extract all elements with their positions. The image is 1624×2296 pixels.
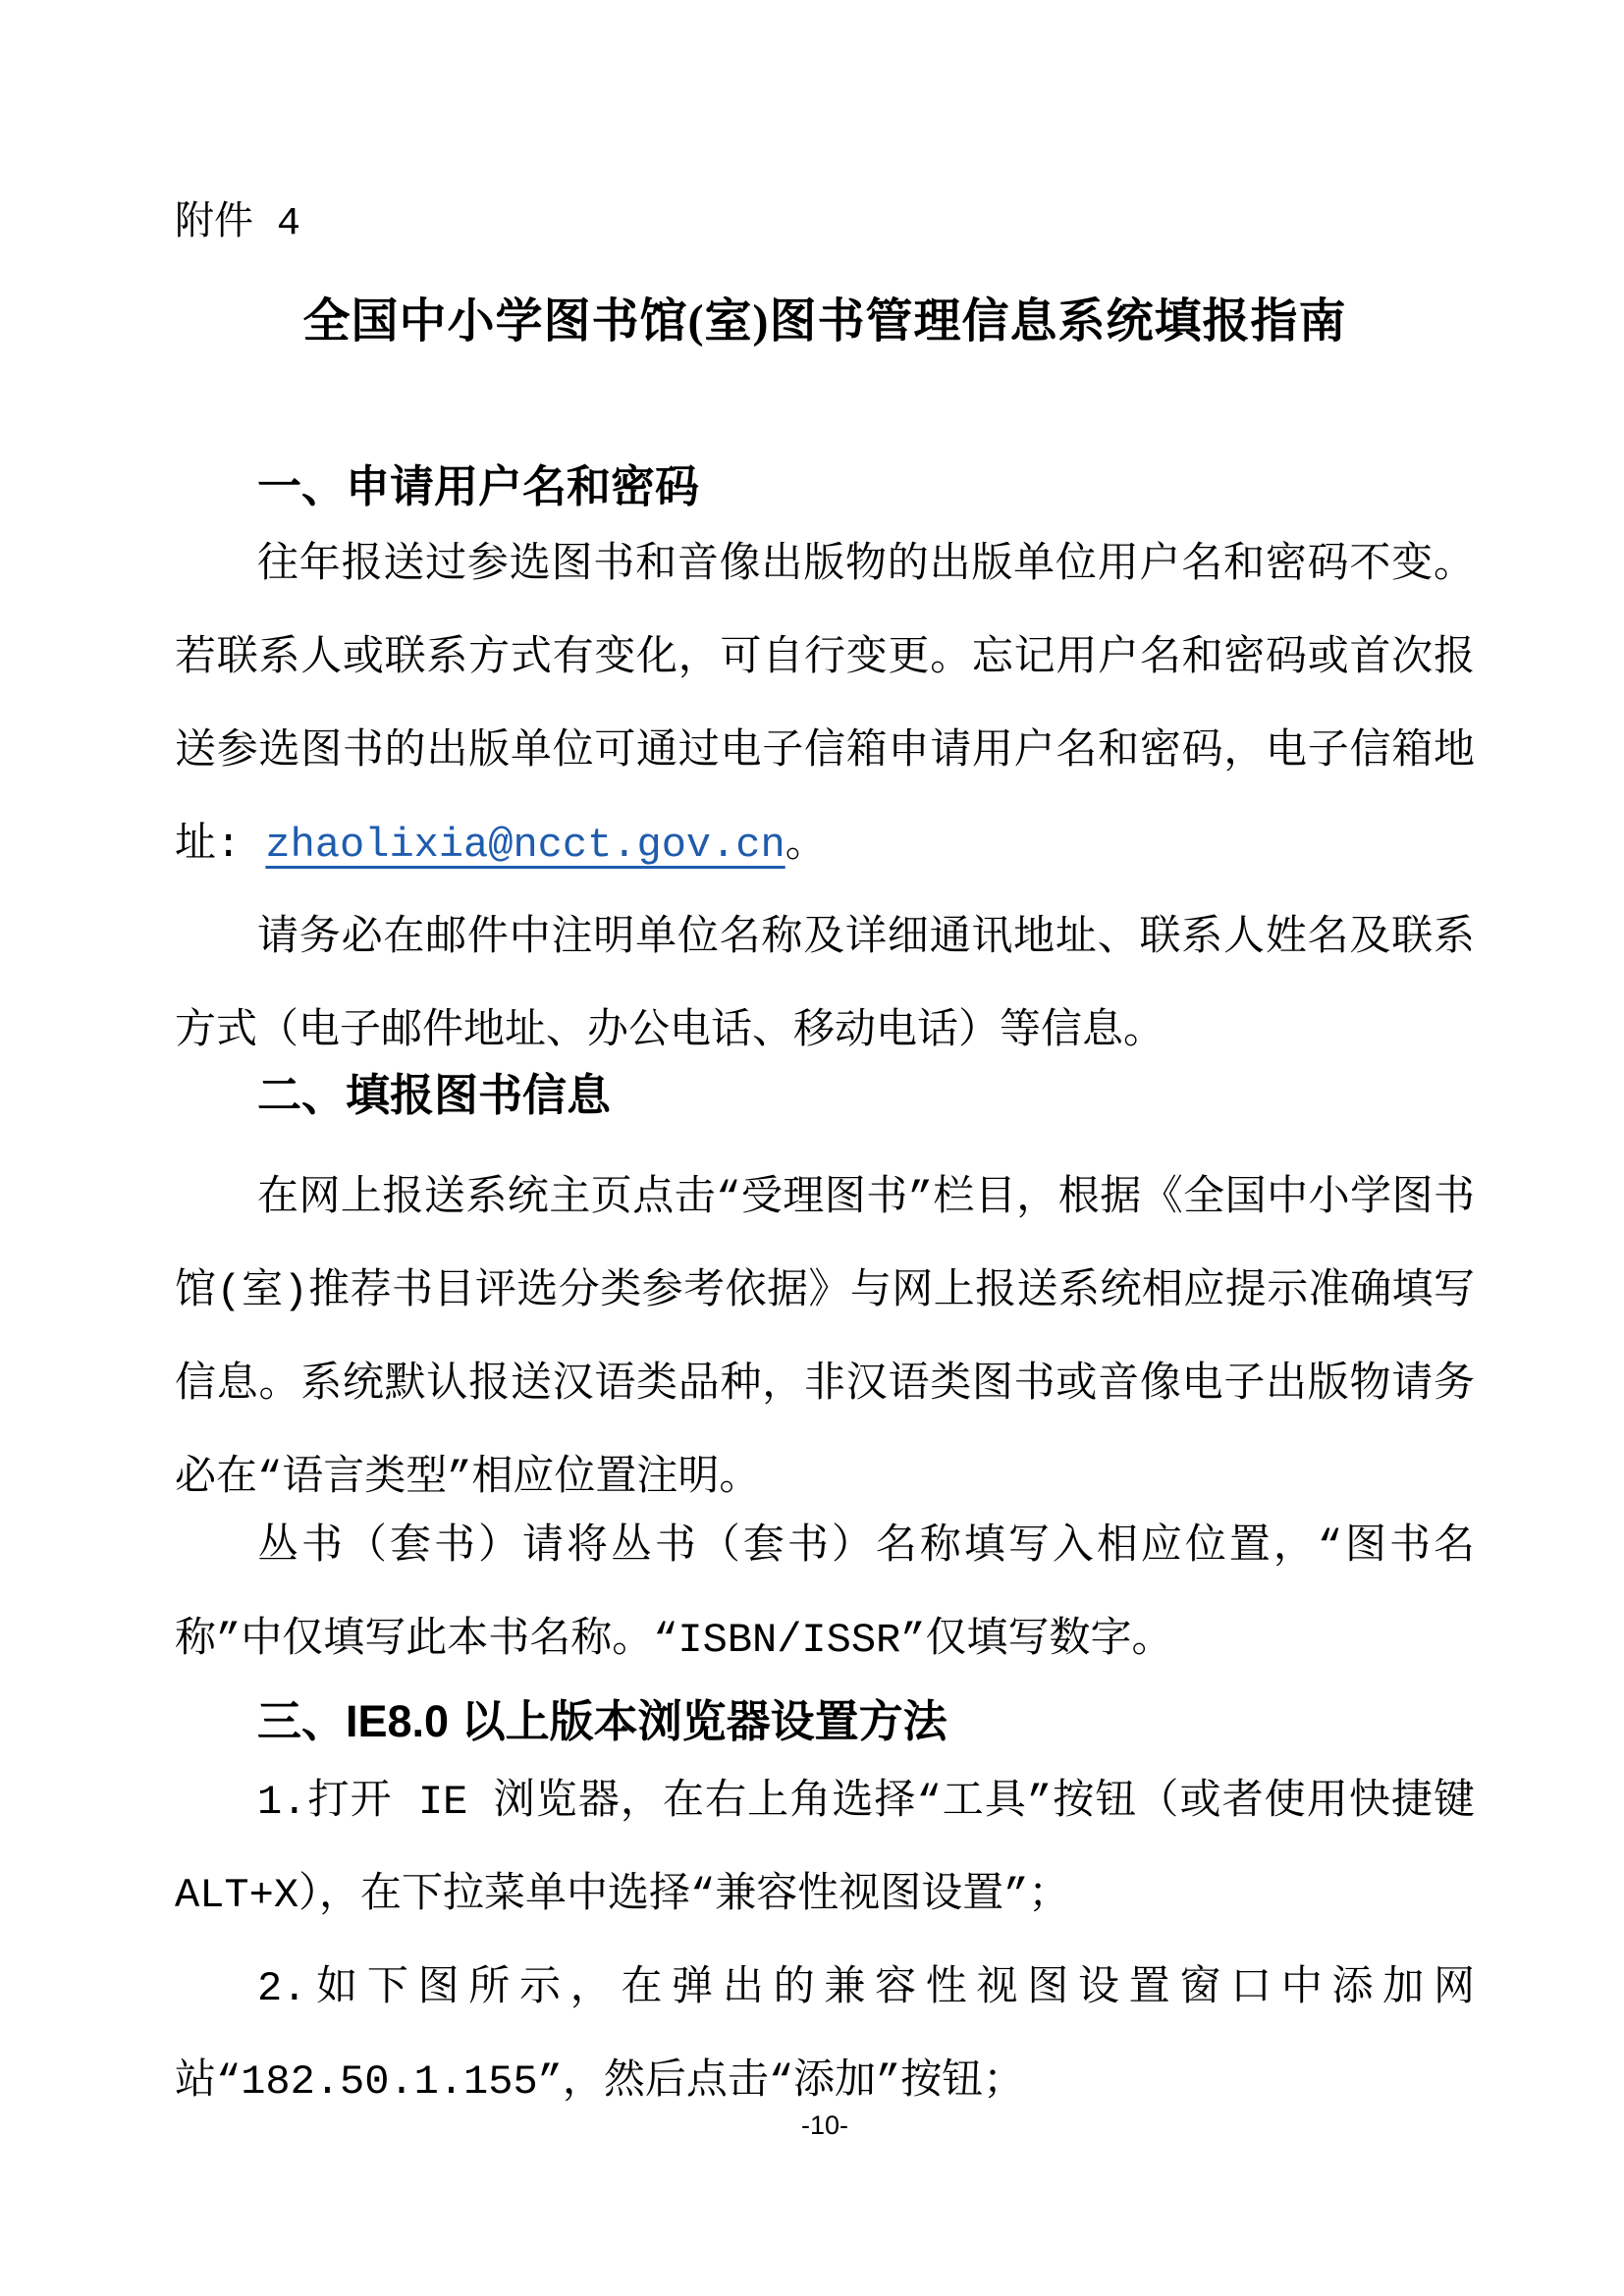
section-heading-ie-settings: 三、IE8.0 以上版本浏览器设置方法 (175, 1697, 1475, 1746)
section-heading-apply-account: 一、申请用户名和密码 (175, 462, 1475, 511)
paragraph-series-books: 丛书（套书）请将丛书（套书）名称填写入相应位置，“图书名称”中仅填写此本书名称。… (175, 1501, 1475, 1687)
email-link[interactable]: zhaolixia@ncct.gov.cn (265, 822, 785, 869)
paragraph-email-requirements: 请务必在邮件中注明单位名称及详细通讯地址、联系人姓名及联系方式（电子邮件地址、办… (175, 892, 1475, 1079)
paragraph-account-info: 往年报送过参选图书和音像出版物的出版单位用户名和密码不变。若联系人或联系方式有变… (175, 519, 1475, 892)
paragraph-text-before-email: 往年报送过参选图书和音像出版物的出版单位用户名和密码不变。若联系人或联系方式有变… (175, 542, 1475, 869)
paragraph-fill-book-info: 在网上报送系统主页点击“受理图书”栏目，根据《全国中小学图书馆(室)推荐书目评选… (175, 1152, 1475, 1525)
paragraph-ie-step-2: 2.如下图所示，在弹出的兼容性视图设置窗口中添加网站“182.50.1.155”… (175, 1943, 1475, 2129)
paragraph-text-after-email: 。 (785, 822, 827, 869)
document-content: 附件 4 全国中小学图书馆(室)图书管理信息系统填报指南 一、申请用户名和密码 … (0, 0, 1624, 2141)
paragraph-ie-step-1: 1.打开 IE 浏览器，在右上角选择“工具”按钮（或者使用快捷键 ALT+X），… (175, 1756, 1475, 1943)
document-page: 附件 4 全国中小学图书馆(室)图书管理信息系统填报指南 一、申请用户名和密码 … (0, 0, 1624, 2296)
attachment-label: 附件 4 (175, 0, 1475, 245)
document-title: 全国中小学图书馆(室)图书管理信息系统填报指南 (175, 294, 1475, 349)
